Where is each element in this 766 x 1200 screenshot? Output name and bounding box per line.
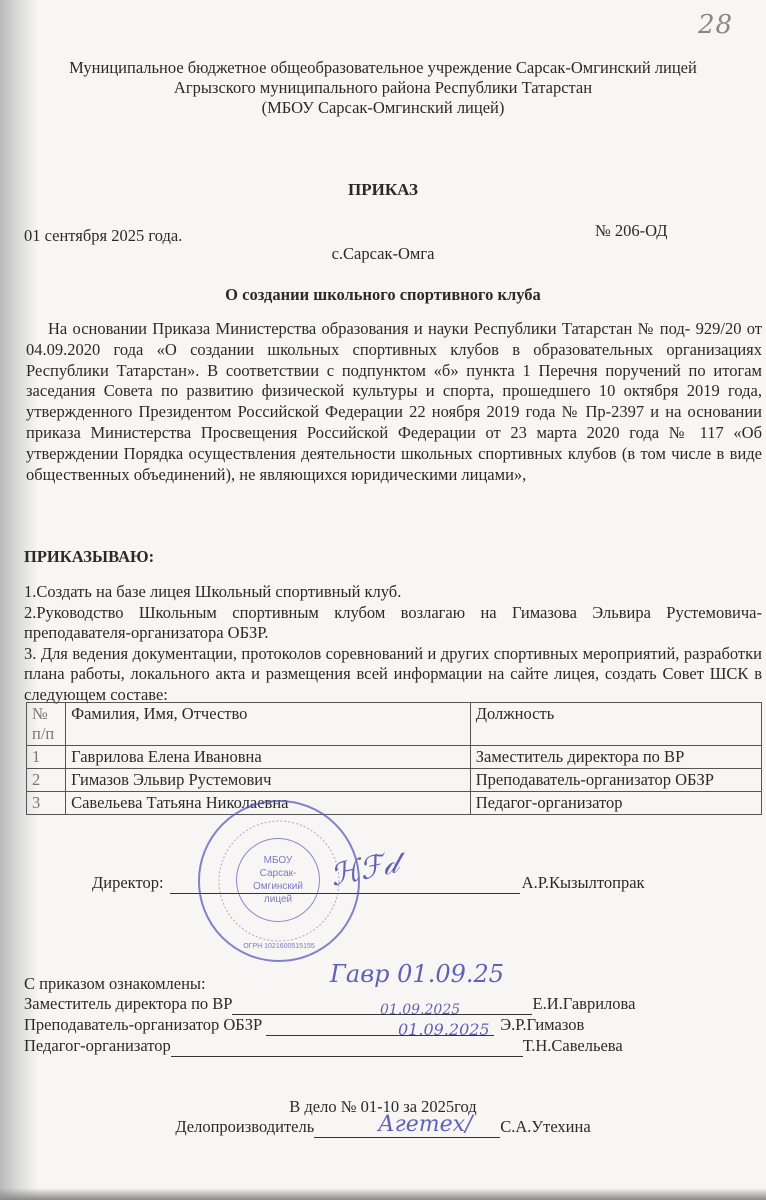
preamble-paragraph: На основании Приказа Министерства образо… — [26, 319, 762, 485]
order-item-2: 2.Руководство Школьным спортивным клубом… — [24, 603, 762, 644]
stamp-line3: лицей — [264, 893, 292, 906]
ack-name: Т.Н.Савельева — [523, 1036, 623, 1055]
director-name: А.Р.Кызылтопрак — [522, 873, 645, 892]
row-position: Педагог-организатор — [470, 792, 761, 815]
orders-heading: ПРИКАЗЫВАЮ: — [24, 547, 154, 567]
ack-role: Заместитель директора по ВР — [24, 994, 232, 1013]
ack-signature-field — [171, 1036, 523, 1057]
scan-bottom-shadow — [0, 1188, 766, 1200]
stamp-ogrn: ОГРН 1021600515155 — [200, 943, 358, 950]
row-number: 3 — [27, 792, 66, 815]
ack-signature-2: 01.09.2025 — [380, 1002, 460, 1018]
table-header-row: № п/п Фамилия, Имя, Отчество Должность — [27, 703, 762, 746]
org-name-line1: Муниципальное бюджетное общеобразователь… — [0, 58, 766, 78]
table-row: 3 Савельева Татьяна Николаевна Педагог-о… — [27, 792, 762, 815]
handwritten-page-number: 28 — [698, 10, 733, 40]
order-items: 1.Создать на базе лицея Школьный спортив… — [24, 582, 762, 706]
stamp-line1: МБОУ — [264, 854, 293, 867]
header-number: № п/п — [27, 703, 66, 746]
table-row: 2 Гимазов Эльвир Рустемович Преподавател… — [27, 769, 762, 792]
order-date: 01 сентября 2025 года. — [24, 226, 182, 246]
ack-name: Э.Р.Гимазов — [500, 1015, 584, 1034]
clerk-label: Делопроизводитель — [175, 1117, 314, 1136]
order-item-1: 1.Создать на базе лицея Школьный спортив… — [24, 582, 762, 603]
ack-role: Педагог-организатор — [24, 1036, 171, 1055]
order-place: с.Сарсак-Омга — [0, 244, 766, 264]
ack-row: Заместитель директора по ВР Е.И.Гаврилов… — [24, 994, 635, 1015]
header-position: Должность — [470, 703, 761, 746]
row-name: Гимазов Эльвир Рустемович — [66, 769, 471, 792]
ack-signature-1: Гавр 01.09.25 — [330, 960, 504, 988]
order-subject: О создании школьного спортивного клуба — [0, 285, 766, 305]
ack-row: Преподаватель-организатор ОБЗР Э.Р.Гимаз… — [24, 1015, 635, 1036]
ack-row: Педагог-организатор Т.Н.Савельева — [24, 1036, 635, 1057]
document-title: ПРИКАЗ — [0, 180, 766, 200]
row-name: Савельева Татьяна Николаевна — [66, 792, 471, 815]
order-item-3: 3. Для ведения документации, протоколов … — [24, 644, 762, 706]
org-short-name: (МБОУ Сарсак-Омгинский лицей) — [0, 98, 766, 118]
row-number: 2 — [27, 769, 66, 792]
ack-role: Преподаватель-организатор ОБЗР — [24, 1015, 262, 1034]
clerk-signature-icon: Агетех/ — [378, 1112, 473, 1137]
header-name: Фамилия, Имя, Отчество — [66, 703, 471, 746]
row-position: Заместитель директора по ВР — [470, 746, 761, 769]
ack-signature-3: 01.09.2025 — [398, 1020, 490, 1039]
ack-name: Е.И.Гаврилова — [532, 994, 635, 1013]
org-name-line2: Агрызского муниципального района Республ… — [0, 78, 766, 98]
row-position: Преподаватель-организатор ОБЗР — [470, 769, 761, 792]
order-number: № 206-ОД — [595, 221, 667, 241]
row-number: 1 — [27, 746, 66, 769]
director-label: Директор: — [92, 873, 164, 892]
row-name: Гаврилова Елена Ивановна — [66, 746, 471, 769]
council-table: № п/п Фамилия, Имя, Отчество Должность 1… — [26, 702, 762, 815]
table-row: 1 Гаврилова Елена Ивановна Заместитель д… — [27, 746, 762, 769]
clerk-name: С.А.Утехина — [500, 1117, 590, 1136]
organization-header: Муниципальное бюджетное общеобразователь… — [0, 58, 766, 118]
